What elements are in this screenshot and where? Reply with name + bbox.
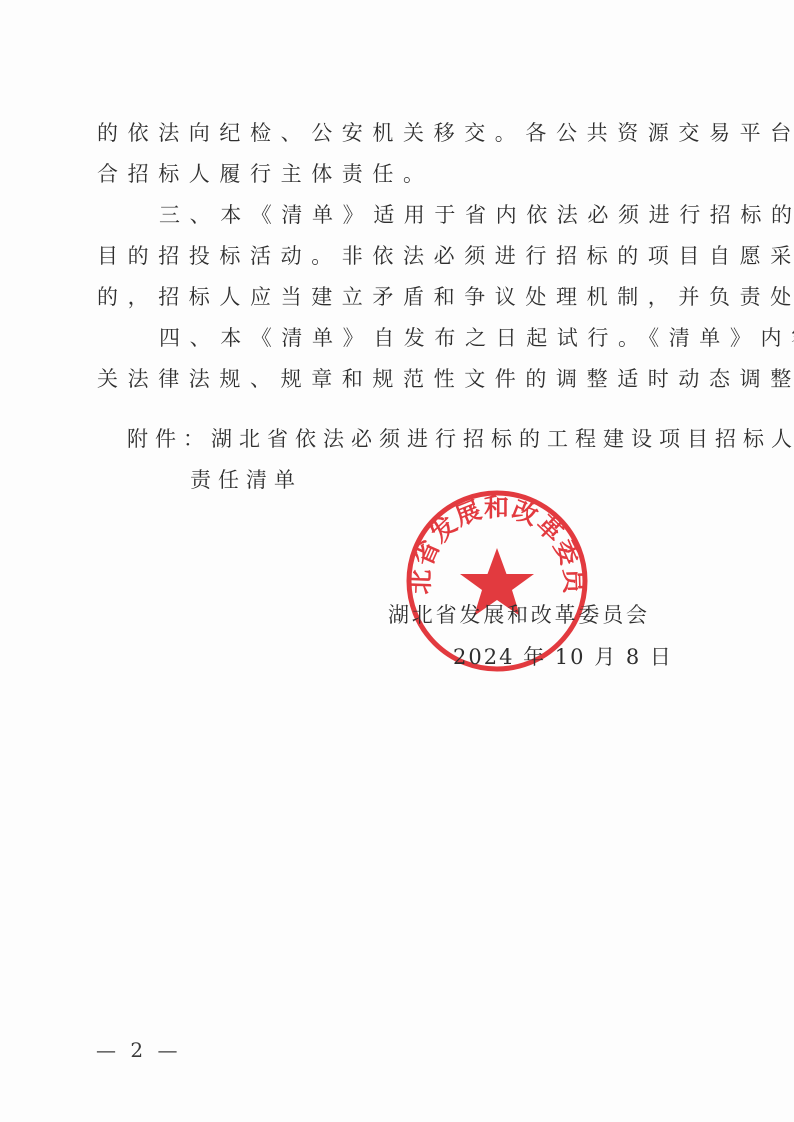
body-text-line: 关法律法规、规章和规范性文件的调整适时动态调整。: [97, 364, 794, 394]
body-text-line: 的依法向纪检、公安机关移交。各公共资源交易平台应当积极配: [97, 118, 794, 148]
body-text-line: 三、本《清单》适用于省内依法必须进行招标的工程建设项: [159, 200, 794, 230]
signature-date: 2024 年 10 月 8 日: [453, 642, 673, 672]
body-text-line: 的，招标人应当建立矛盾和争议处理机制，并负责处理。: [97, 282, 794, 312]
document-page: 的依法向纪检、公安机关移交。各公共资源交易平台应当积极配 合招标人履行主体责任。…: [0, 0, 794, 1122]
body-text-line: 合招标人履行主体责任。: [97, 159, 434, 189]
page-number: — 2 —: [96, 1038, 181, 1062]
body-text-line: 四、本《清单》自发布之日起试行。《清单》内容将根据相: [159, 323, 794, 353]
attachment-line: 责任清单: [190, 465, 302, 495]
body-text-line: 目的招投标活动。非依法必须进行招标的项目自愿采取招标方式: [97, 241, 794, 271]
attachment-line: 附件：湖北省依法必须进行招标的工程建设项目招标人主体: [127, 424, 794, 454]
signature-organization: 湖北省发展和改革委员会: [388, 600, 650, 630]
